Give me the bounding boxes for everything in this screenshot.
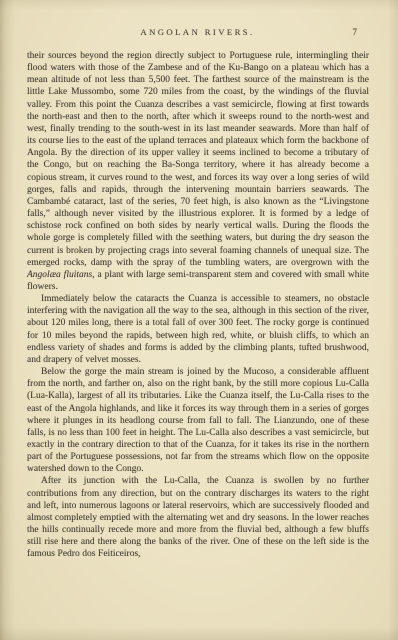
paragraph-4: After its junction with the Lu-Calla, th… bbox=[27, 475, 369, 560]
paragraph-1-text: their sources beyond the region directly… bbox=[27, 51, 369, 268]
paragraph-3-text: Below the gorge the main stream is joine… bbox=[27, 367, 369, 474]
running-header: ANGOLAN RIVERS. 7 bbox=[27, 27, 368, 41]
species-name-italic: Angolæa fluitans bbox=[27, 270, 92, 280]
paragraph-4-text: After its junction with the Lu-Calla, th… bbox=[27, 476, 369, 559]
header-title: ANGOLAN RIVERS. bbox=[140, 27, 254, 37]
paragraph-1: their sources beyond the region directly… bbox=[27, 50, 369, 293]
paragraph-2: Immediately below the cataracts the Cuan… bbox=[27, 293, 369, 366]
paragraph-3: Below the gorge the main stream is joine… bbox=[27, 366, 369, 475]
page-number: 7 bbox=[353, 27, 358, 37]
body-text-block: their sources beyond the region directly… bbox=[27, 50, 369, 561]
paragraph-2-text: Immediately below the cataracts the Cuan… bbox=[27, 294, 369, 365]
scanned-book-page: ANGOLAN RIVERS. 7 their sources beyond t… bbox=[0, 0, 398, 640]
